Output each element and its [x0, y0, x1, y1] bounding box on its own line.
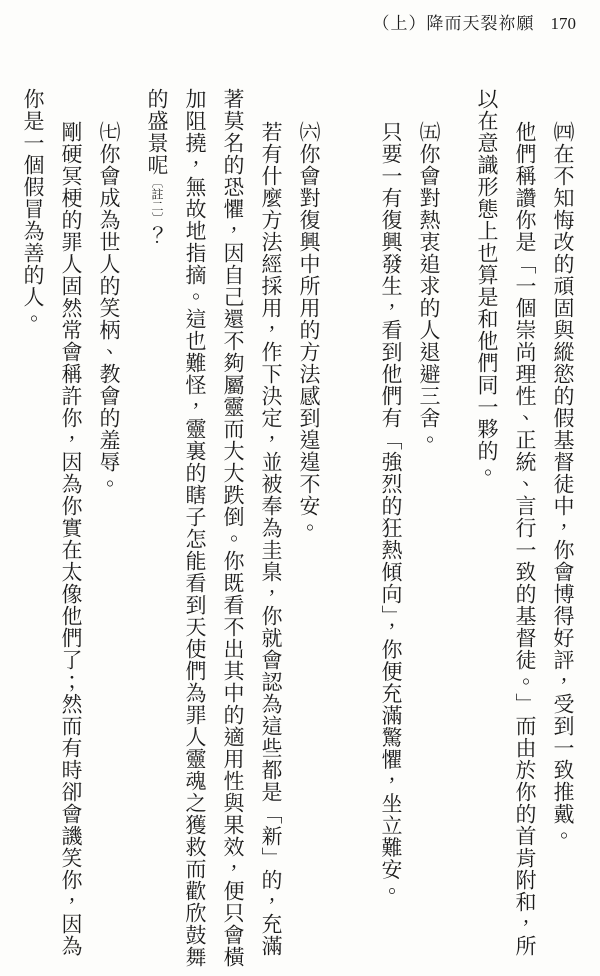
- running-title: （上）降而天裂祢願: [373, 9, 535, 34]
- section-6-body: 若有什麼方法經採用，作下決定，並被奉為圭臬，你就會認為這些都是「新」的，充滿著莫…: [138, 88, 290, 970]
- section-5-body: 只要一有復興發生，看到他們有「強烈的狂熱傾向」，你便充滿驚懼，坐立難安。: [372, 88, 410, 970]
- section-6-body-tail: ？: [145, 224, 169, 246]
- section-5-heading: ㈤你會對熱衷追求的人退避三舍。: [410, 88, 448, 970]
- section-6-body-text: 若有什麼方法經採用，作下決定，並被奉為圭臬，你就會認為這些都是「新」的，充滿著莫…: [145, 88, 283, 968]
- section-6-heading: ㈥你會對復興中所用的方法感到遑遑不安。: [290, 88, 328, 970]
- section-4: ㈣在不知悔改的頑固與縱慾的假基督徒中，你會博得好評，受到一致推戴。 他們稱讚你是…: [468, 88, 582, 970]
- footnote-ref: 〔註二〕: [150, 176, 164, 224]
- section-6: ㈥你會對復興中所用的方法感到遑遑不安。 若有什麼方法經採用，作下決定，並被奉為圭…: [138, 88, 328, 970]
- section-4-heading: ㈣在不知悔改的頑固與縱慾的假基督徒中，你會博得好評，受到一致推戴。: [544, 88, 582, 970]
- page-number: 170: [551, 14, 577, 34]
- book-page-scan: （上）降而天裂祢願 170 ㈣在不知悔改的頑固與縱慾的假基督徒中，你會博得好評，…: [0, 0, 600, 976]
- vertical-text-block: ㈣在不知悔改的頑固與縱慾的假基督徒中，你會博得好評，受到一致推戴。 他們稱讚你是…: [14, 88, 582, 970]
- section-4-body: 他們稱讚你是「一個崇尚理性、正統、言行一致的基督徒。」而由於你的首肯附和，所以在…: [468, 88, 544, 970]
- section-7-body: 剛硬冥梗的罪人固然常會稱許你，因為你實在太像他們了；然而有時卻會譏笑你，因為你是…: [14, 88, 90, 970]
- section-7: ㈦你會成為世人的笑柄、教會的羞辱。 剛硬冥梗的罪人固然常會稱許你，因為你實在太像…: [14, 88, 128, 970]
- section-5: ㈤你會對熱衷追求的人退避三舍。 只要一有復興發生，看到他們有「強烈的狂熱傾向」，…: [372, 88, 448, 970]
- section-7-heading: ㈦你會成為世人的笑柄、教會的羞辱。: [90, 88, 128, 970]
- page-header: （上）降而天裂祢願 170: [373, 9, 577, 34]
